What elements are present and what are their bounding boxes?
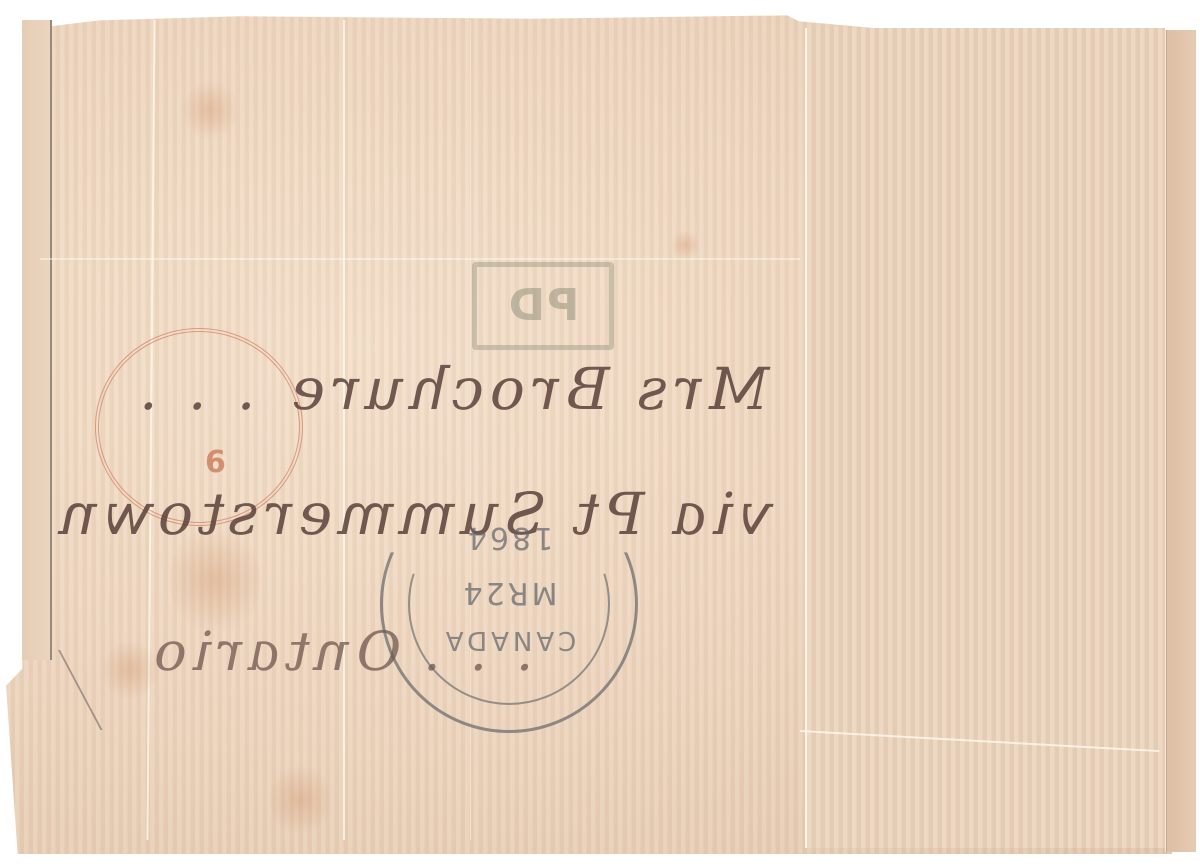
letter-sheet-scan: 6 PD Mrs Brochure . . . via Pt Summersto…: [0, 0, 1200, 864]
foxing-stain: [180, 80, 240, 140]
circular-datestamp: CANADA MR24 1864: [380, 475, 638, 733]
boxed-postal-mark: PD: [472, 262, 614, 350]
datestamp-origin: CANADA: [380, 625, 638, 655]
handwriting-line: Mrs Brochure . . .: [126, 355, 782, 423]
foxing-stain: [670, 230, 700, 260]
red-postmark-number: 6: [205, 445, 226, 480]
right-flap: [1165, 30, 1196, 852]
left-flap: [22, 20, 52, 660]
right-panel: [805, 28, 1165, 848]
datestamp-year: 1864: [380, 520, 638, 555]
datestamp-date: MR24: [380, 575, 638, 610]
fold-crease: [343, 20, 345, 840]
foxing-stain: [270, 760, 330, 840]
